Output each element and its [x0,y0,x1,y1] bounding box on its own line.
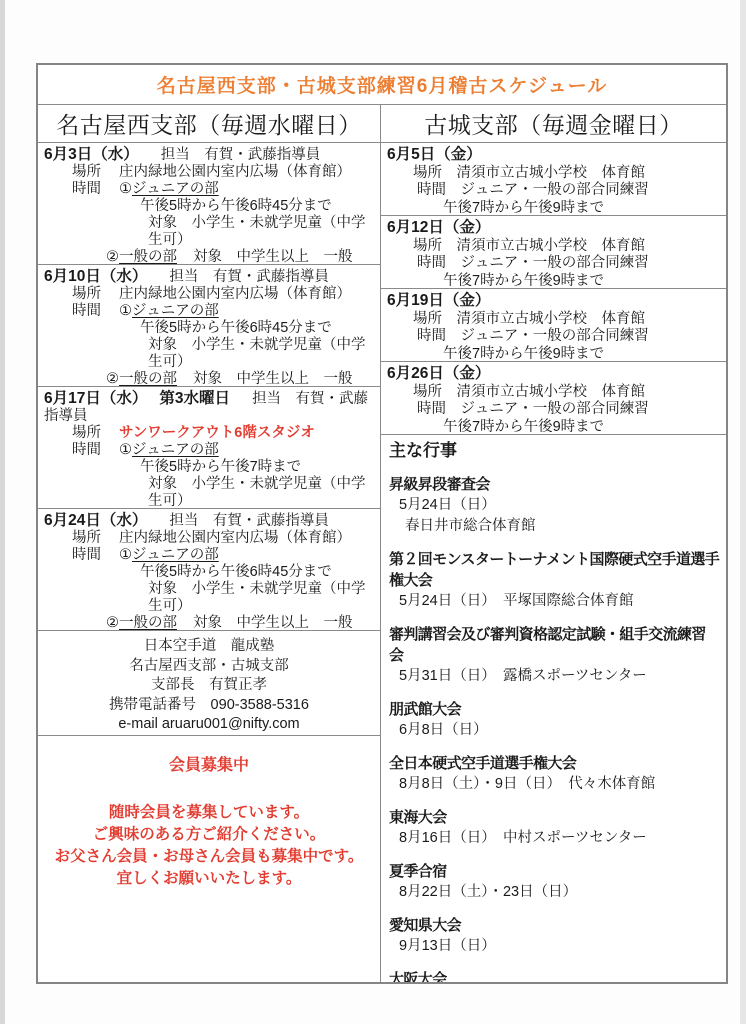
session-date: 6月5日（金） [387,146,482,163]
junior-target: 対象 小学生・未就学児童（中学生可） [44,476,376,509]
session-place-line: 場所 サンワークアウト6階スタジオ [44,425,376,442]
event-date-line: 8月22日（土）・23日（日） [389,882,720,903]
session-date: 6月3日（水） [44,146,139,163]
general-division-line: ②一般の部対象 中学生以上 一般 [44,371,376,387]
page-edge-left [0,0,5,1024]
junior-hours: 午後5時から午後6時45分まで [44,198,376,215]
event-name: 夏季合宿 [389,861,720,882]
friday-session-card: 6月12日（金） 場所 清須市立古城小学校 体育館 時間 ジュニア・一般の部合同… [381,216,726,289]
event-name: 愛知県大会 [389,915,720,936]
title-row: 名古屋西支部・古城支部練習6月稽古スケジュール [38,65,726,105]
junior-division: ①ジュニアの部 [119,181,219,197]
session-time-line: 時間 ①ジュニアの部 [44,303,376,320]
general-division-name: 一般の部 [119,615,177,631]
session-date-line: 6月10日（水） 担当 有賀・武藤指導員 [44,268,376,286]
place-value: 庄内緑地公園内室内広場（体育館） [119,286,351,302]
event-item: 東海大会 8月16日（日） 中村スポーツセンター [389,807,720,849]
wednesday-session-card: 6月3日（水） 担当 有賀・武藤指導員 場所 庄内緑地公園内室内広場（体育館） … [38,143,380,265]
recruit-title: 会員募集中 [38,752,380,775]
session-date-line: 6月17日（水） 第3水曜日 担当 有賀・武藤指導員 [44,390,376,425]
session-date: 6月10日（水） [44,268,147,285]
wednesday-session-card: 6月17日（水） 第3水曜日 担当 有賀・武藤指導員 場所 サンワークアウト6階… [38,387,380,509]
session-place-line: 場所 庄内緑地公園内室内広場（体育館） [44,164,376,181]
event-date-line: 5月24日（日） [389,495,720,516]
right-column-header: 古城支部（毎週金曜日） [381,105,726,143]
recruit-block: 会員募集中 随時会員を募集しています。 ご興味のある方ご紹介ください。 お父さん… [38,736,380,983]
friday-session-card: 6月19日（金） 場所 清須市立古城小学校 体育館 時間 ジュニア・一般の部合同… [381,289,726,362]
table-columns: 名古屋西支部（毎週水曜日） 6月3日（水） 担当 有賀・武藤指導員 場所 庄内緑… [38,105,726,982]
session-place-line: 場所 清須市立古城小学校 体育館 [387,311,722,329]
place-value: 庄内緑地公園内室内広場（体育館） [119,530,351,546]
event-name: 東海大会 [389,807,720,828]
session-date: 6月19日（金） [387,292,490,309]
left-column-header: 名古屋西支部（毎週水曜日） [38,105,380,143]
session-staff: 担当 有賀・武藤指導員 [169,513,329,529]
event-item: 全日本硬式空手道選手権大会 8月8日（土）・9日（日） 代々木体育館 [389,753,720,795]
general-division-name: 一般の部 [119,371,177,387]
schedule-table: 名古屋西支部・古城支部練習6月稽古スケジュール 名古屋西支部（毎週水曜日） 6月… [36,63,728,984]
recruit-line: 随時会員を募集しています。 [38,802,380,824]
event-date-line: 6月8日（日） [389,720,720,741]
junior-division: ①ジュニアの部 [119,547,219,563]
session-place-line: 場所 庄内緑地公園内室内広場（体育館） [44,530,376,547]
junior-number: ① [119,547,132,563]
session-hours: 午後7時から午後9時まで [387,200,722,217]
event-name: 大阪大会 [389,969,720,982]
page-edge-right [740,0,746,1024]
junior-hours: 午後5時から午後7時まで [44,459,376,476]
event-item: 朋武館大会 6月8日（日） [389,699,720,741]
wednesday-session-card: 6月24日（水） 担当 有賀・武藤指導員 場所 庄内緑地公園内室内広場（体育館）… [38,509,380,631]
place-label: 場所 [72,425,101,441]
time-label: 時間 [72,442,101,458]
contact-line: 名古屋西支部・古城支部 [38,657,380,677]
general-number: ② [106,249,119,265]
wednesday-session-card: 6月10日（水） 担当 有賀・武藤指導員 場所 庄内緑地公園内室内広場（体育館）… [38,265,380,387]
place-label: 場所 [72,286,101,302]
general-number: ② [106,371,119,387]
junior-hours: 午後5時から午後6時45分まで [44,320,376,337]
session-staff: 担当 有賀・武藤指導員 [169,269,329,285]
event-item: 大阪大会 11月8日（日） [389,969,720,982]
session-time-line: 時間 ジュニア・一般の部合同練習 [387,255,722,273]
session-date: 6月24日（水） [44,512,147,529]
session-place-line: 場所 清須市立古城小学校 体育館 [387,238,722,256]
session-place-line: 場所 清須市立古城小学校 体育館 [387,165,722,183]
contact-line: 日本空手道 龍成塾 [38,637,380,657]
general-division-name: 一般の部 [119,249,177,265]
event-item: 第２回モンスタートーナメント国際硬式空手道選手権大会 5月24日（日） 平塚国際… [389,549,720,612]
general-target: 対象 中学生以上 一般 [193,249,353,265]
session-time-line: 時間 ①ジュニアの部 [44,442,376,459]
event-venue-line: 春日井市総合体育館 [389,516,720,537]
session-date-line: 6月19日（金） [387,292,722,311]
event-date-line: 5月24日（日） 平塚国際総合体育館 [389,591,720,612]
column-kojo: 古城支部（毎週金曜日） 6月5日（金） 場所 清須市立古城小学校 体育館 時間 … [381,105,726,982]
recruit-line: お父さん会員・お母さん会員も募集中です。 [38,846,380,868]
general-number: ② [106,615,119,631]
event-date-line: 8月8日（土）・9日（日） 代々木体育館 [389,774,720,795]
junior-division-name: ジュニアの部 [132,547,219,563]
session-staff: 担当 有賀・武藤指導員 [161,147,321,163]
session-date-line: 6月12日（金） [387,219,722,238]
session-date: 6月12日（金） [387,219,490,236]
event-name: 審判講習会及び審判資格認定試験・組手交流練習会 [389,624,720,666]
events-block: 主な行事 昇級昇段審査会 5月24日（日） 春日井市総合体育館 第２回モンスター… [381,435,726,982]
session-date: 6月17日（水） [44,390,147,407]
event-date-line: 8月16日（日） 中村スポーツセンター [389,828,720,849]
place-value: 庄内緑地公園内室内広場（体育館） [119,164,351,180]
junior-hours: 午後5時から午後6時45分まで [44,564,376,581]
junior-division: ①ジュニアの部 [119,303,219,319]
time-label: 時間 [72,547,101,563]
general-target: 対象 中学生以上 一般 [193,371,353,387]
junior-division-name: ジュニアの部 [132,303,219,319]
junior-target: 対象 小学生・未就学児童（中学生可） [44,581,376,615]
document-page: 名古屋西支部・古城支部練習6月稽古スケジュール 名古屋西支部（毎週水曜日） 6月… [0,0,746,1024]
event-name: 昇級昇段審査会 [389,474,720,495]
event-item: 愛知県大会 9月13日（日） [389,915,720,957]
place-label: 場所 [72,164,101,180]
friday-session-card: 6月5日（金） 場所 清須市立古城小学校 体育館 時間 ジュニア・一般の部合同練… [381,143,726,216]
session-date: 6月26日（金） [387,365,490,382]
place-value: サンワークアウト6階スタジオ [119,425,315,441]
general-division-line: ②一般の部対象 中学生以上 一般 [44,249,376,265]
junior-number: ① [119,303,132,319]
session-time-line: 時間 ジュニア・一般の部合同練習 [387,401,722,419]
page-title: 名古屋西支部・古城支部練習6月稽古スケジュール [157,71,607,98]
session-date-line: 6月3日（水） 担当 有賀・武藤指導員 [44,146,376,164]
junior-target: 対象 小学生・未就学児童（中学生可） [44,337,376,371]
events-header: 主な行事 [389,440,720,462]
session-date-line: 6月24日（水） 担当 有賀・武藤指導員 [44,512,376,530]
general-division-line: ②一般の部対象 中学生以上 一般 [44,615,376,631]
session-date-line: 6月26日（金） [387,365,722,384]
contact-line: e-mail aruaru001@nifty.com [38,715,380,735]
session-time-line: 時間 ①ジュニアの部 [44,547,376,564]
junior-division-name: ジュニアの部 [132,181,219,197]
event-item: 審判講習会及び審判資格認定試験・組手交流練習会 5月31日（日） 露橋スポーツセ… [389,624,720,687]
time-label: 時間 [72,181,101,197]
junior-division: ①ジュニアの部 [119,442,219,458]
session-date-line: 6月5日（金） [387,146,722,165]
event-item: 夏季合宿 8月22日（土）・23日（日） [389,861,720,903]
session-hours: 午後7時から午後9時まで [387,346,722,363]
event-name: 全日本硬式空手道選手権大会 [389,753,720,774]
contact-line: 携帯電話番号 090-3588-5316 [38,696,380,716]
event-name: 第２回モンスタートーナメント国際硬式空手道選手権大会 [389,549,720,591]
time-label: 時間 [72,303,101,319]
recruit-line: ご興味のある方ご紹介ください。 [38,824,380,846]
event-date-line: 9月13日（日） [389,936,720,957]
event-name: 朋武館大会 [389,699,720,720]
junior-number: ① [119,442,132,458]
session-time-line: 時間 ジュニア・一般の部合同練習 [387,328,722,346]
junior-target: 対象 小学生・未就学児童（中学生可） [44,215,376,249]
session-place-line: 場所 庄内緑地公園内室内広場（体育館） [44,286,376,303]
session-hours: 午後7時から午後9時まで [387,419,722,436]
junior-number: ① [119,181,132,197]
recruit-line: 宜しくお願いいたします。 [38,868,380,890]
session-time-line: 時間 ジュニア・一般の部合同練習 [387,182,722,200]
session-place-line: 場所 清須市立古城小学校 体育館 [387,384,722,402]
general-target: 対象 中学生以上 一般 [193,615,353,631]
column-nagoya-nishi: 名古屋西支部（毎週水曜日） 6月3日（水） 担当 有賀・武藤指導員 場所 庄内緑… [38,105,381,982]
session-date-note: 第3水曜日 [159,390,230,407]
session-time-line: 時間 ①ジュニアの部 [44,181,376,198]
contact-block: 日本空手道 龍成塾 名古屋西支部・古城支部 支部長 有賀正孝 携帯電話番号 09… [38,631,380,736]
session-hours: 午後7時から午後9時まで [387,273,722,290]
place-label: 場所 [72,530,101,546]
event-date-line: 5月31日（日） 露橋スポーツセンター [389,666,720,687]
event-item: 昇級昇段審査会 5月24日（日） 春日井市総合体育館 [389,474,720,537]
junior-division-name: ジュニアの部 [132,442,219,458]
contact-line: 支部長 有賀正孝 [38,676,380,696]
friday-session-card: 6月26日（金） 場所 清須市立古城小学校 体育館 時間 ジュニア・一般の部合同… [381,362,726,435]
